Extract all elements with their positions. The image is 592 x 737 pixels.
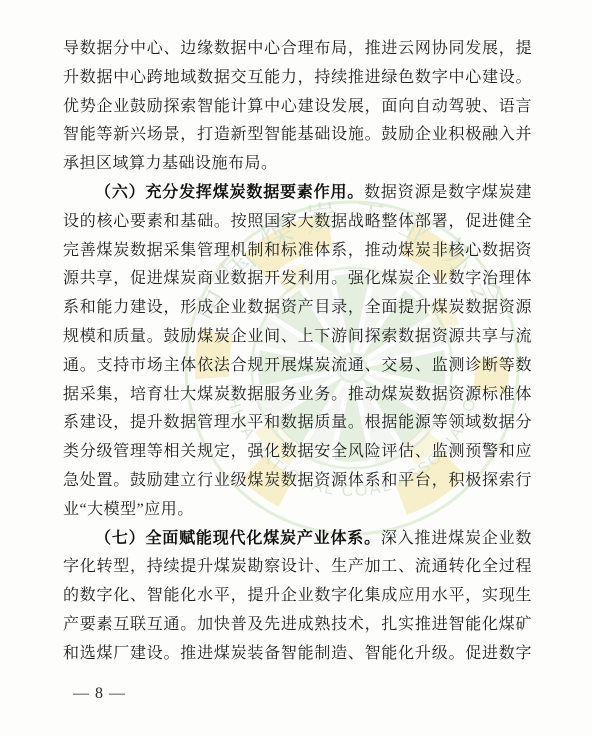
line-text: 规模和质量。鼓励煤炭企业间、上下游间探索数据资源共享与流 — [63, 328, 532, 345]
section-heading: （六）充分发挥煤炭数据要素作用。 — [95, 184, 364, 201]
text-line: 升数据中心跨地域数据交互能力，持续推进绿色数字中心建设。 — [63, 64, 532, 93]
line-text: 类分级管理等相关规定，强化数据安全风险评估、监测预警和应 — [63, 443, 532, 460]
text-line: 据采集，培育壮大煤炭数据服务业务。推动煤炭数据资源标准体 — [63, 381, 532, 410]
line-text: 系和能力建设，形成企业数据资产目录，全面提升煤炭数据资源 — [63, 299, 532, 316]
line-text: 深入推进煤炭企业数 — [381, 530, 532, 547]
line-text: 和选煤厂建设。推进煤炭装备智能制造、智能化升级。促进数字 — [63, 645, 532, 662]
line-text: 升数据中心跨地域数据交互能力，持续推进绿色数字中心建设。 — [63, 69, 532, 86]
text-line: 设的核心要素和基础。按照国家大数据战略整体部署，促进健全 — [63, 208, 532, 237]
line-text: 字化转型，持续提升煤炭勘察设计、生产加工、流通转化全过程 — [63, 558, 532, 575]
line-text: 急处置。鼓励建立行业级煤炭数据资源体系和平台，积极探索行 — [63, 472, 532, 489]
line-text: 业“大模型”应用。 — [63, 501, 194, 518]
line-text: 系建设，提升数据管理水平和数据质量。根据能源等领域数据分 — [63, 414, 532, 431]
text-line: 和选煤厂建设。推进煤炭装备智能制造、智能化升级。促进数字 — [63, 640, 532, 669]
page-number: — 8 — — [73, 685, 126, 703]
text-line: 导数据分中心、边缘数据中心合理布局，推进云网协同发展，提 — [63, 35, 532, 64]
text-line: 系和能力建设，形成企业数据资产目录，全面提升煤炭数据资源 — [63, 294, 532, 323]
document-text-block: 导数据分中心、边缘数据中心合理布局，推进云网协同发展，提升数据中心跨地域数据交互… — [63, 35, 532, 669]
line-text: 的数字化、智能化水平，提升企业数字化集成应用水平，实现生 — [63, 587, 532, 604]
section-heading-line: （六）充分发挥煤炭数据要素作用。数据资源是数字煤炭建 — [63, 179, 532, 208]
text-line: 智能等新兴场景，打造新型智能基础设施。鼓励企业积极融入并 — [63, 121, 532, 150]
text-line: 系建设，提升数据管理水平和数据质量。根据能源等领域数据分 — [63, 409, 532, 438]
document-page: 中国煤炭工业协会 CHINA NATIONAL COAL ASSOCIATION… — [0, 0, 592, 737]
line-text: 设的核心要素和基础。按照国家大数据战略整体部署，促进健全 — [63, 213, 532, 230]
text-line: 承担区域算力基础设施布局。 — [63, 150, 532, 179]
text-line: 的数字化、智能化水平，提升企业数字化集成应用水平，实现生 — [63, 582, 532, 611]
text-line: 字化转型，持续提升煤炭勘察设计、生产加工、流通转化全过程 — [63, 553, 532, 582]
text-line: 类分级管理等相关规定，强化数据安全风险评估、监测预警和应 — [63, 438, 532, 467]
section-heading: （七）全面赋能现代化煤炭产业体系。 — [95, 530, 381, 547]
line-text: 据采集，培育壮大煤炭数据服务业务。推动煤炭数据资源标准体 — [63, 386, 532, 403]
text-line: 通。支持市场主体依法合规开展煤炭流通、交易、监测诊断等数 — [63, 352, 532, 381]
text-line: 业“大模型”应用。 — [63, 496, 532, 525]
text-line: 优势企业鼓励探索智能计算中心建设发展，面向自动驾驶、语言 — [63, 93, 532, 122]
line-text: 导数据分中心、边缘数据中心合理布局，推进云网协同发展，提 — [63, 40, 532, 57]
text-line: 源共享，促进煤炭商业数据开发利用。强化煤炭企业数字治理体 — [63, 265, 532, 294]
text-line: 规模和质量。鼓励煤炭企业间、上下游间探索数据资源共享与流 — [63, 323, 532, 352]
line-text: 承担区域算力基础设施布局。 — [63, 155, 278, 172]
line-text: 源共享，促进煤炭商业数据开发利用。强化煤炭企业数字治理体 — [63, 270, 532, 287]
text-line: 完善煤炭数据采集管理机制和标准体系，推动煤炭非核心数据资 — [63, 237, 532, 266]
text-line: 产要素互联互通。加快普及先进成熟技术，扎实推进智能化煤矿 — [63, 611, 532, 640]
line-text: 优势企业鼓励探索智能计算中心建设发展，面向自动驾驶、语言 — [63, 98, 532, 115]
section-heading-line: （七）全面赋能现代化煤炭产业体系。深入推进煤炭企业数 — [63, 525, 532, 554]
line-text: 完善煤炭数据采集管理机制和标准体系，推动煤炭非核心数据资 — [63, 242, 532, 259]
line-text: 通。支持市场主体依法合规开展煤炭流通、交易、监测诊断等数 — [63, 357, 532, 374]
line-text: 数据资源是数字煤炭建 — [364, 184, 532, 201]
line-text: 智能等新兴场景，打造新型智能基础设施。鼓励企业积极融入并 — [63, 126, 532, 143]
line-text: 产要素互联互通。加快普及先进成熟技术，扎实推进智能化煤矿 — [63, 616, 532, 633]
text-line: 急处置。鼓励建立行业级煤炭数据资源体系和平台，积极探索行 — [63, 467, 532, 496]
